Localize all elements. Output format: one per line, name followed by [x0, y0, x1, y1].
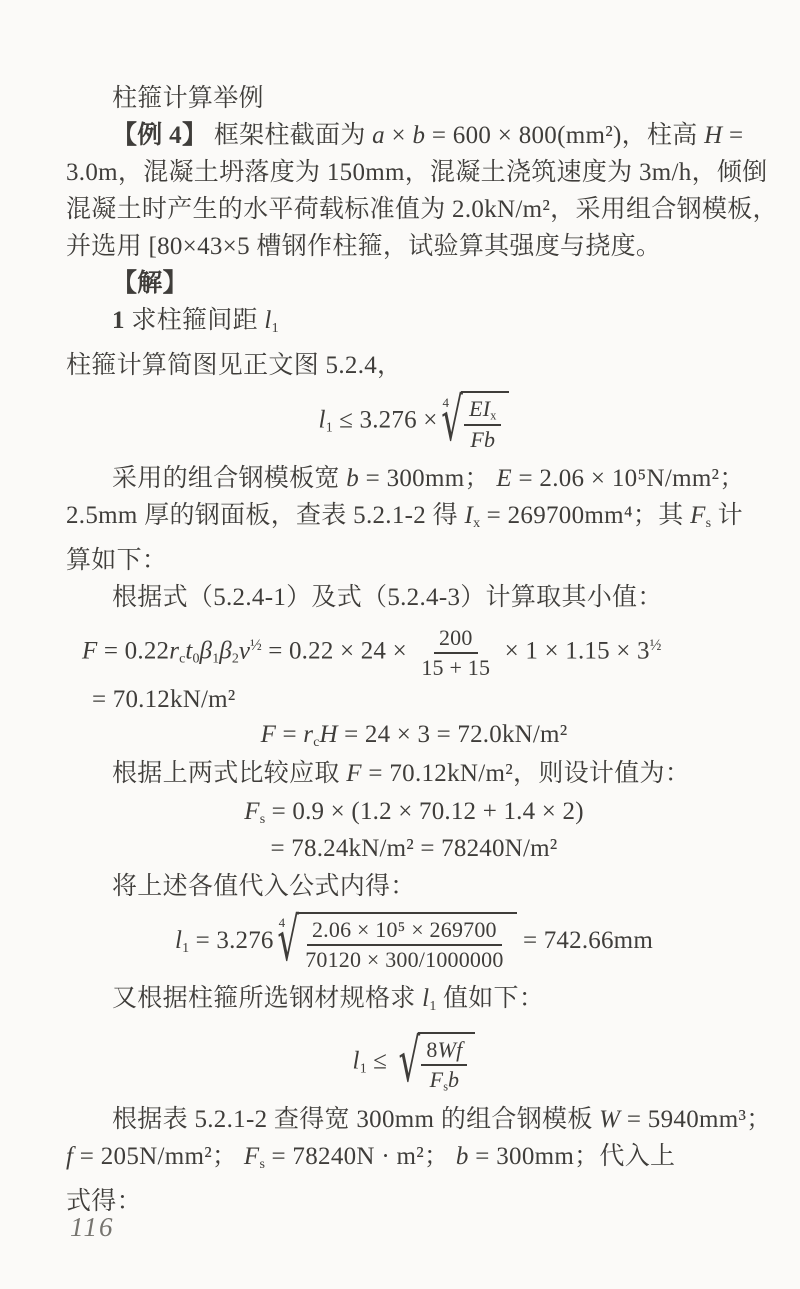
example-4-statement-line-3: 混凝土时产生的水平荷载标准值为 2.0kN/m²，采用组合钢模板，: [66, 191, 762, 228]
formula-F-rcH: F = rcH = 24 × 3 = 72.0kN/m²: [66, 719, 762, 751]
formula-Fs-design: Fs = 0.9 × (1.2 × 70.12 + 1.4 × 2): [66, 796, 762, 828]
formula-l1-strength-root: l1 ≤ √8WfFsb: [66, 1032, 762, 1094]
example-4-statement-line-4: 并选用 [80×43×5 槽钢作柱箍，试验算其强度与挠度。: [66, 228, 762, 265]
book-page: 柱箍计算举例 【例 4】 框架柱截面为 a × b = 600 × 800(mm…: [0, 0, 800, 1289]
parameters-line-3: 算如下：: [66, 542, 762, 579]
steel-spec-note: 又根据柱箍所选钢材规格求 l1 值如下：: [66, 980, 762, 1025]
radical-sign: 4√EIxFb: [443, 391, 510, 453]
table-lookup-line-3: 式得：: [66, 1183, 762, 1220]
formula-l1-limit-root: l1 ≤ 3.276 ×4√EIxFb: [66, 391, 762, 453]
step-1-heading: 1 求柱箍间距 l1: [66, 302, 762, 347]
formula-F-lateral-pressure: F = 0.22rct0β1β2v½ = 0.22 × 24 × 20015 +…: [82, 625, 762, 681]
radical-sign: √8WfFsb: [399, 1032, 476, 1094]
step-1-intro: 柱箍计算简图见正文图 5.2.4，: [66, 347, 762, 384]
parameters-line-2: 2.5mm 厚的钢面板，查表 5.2.1-2 得 Ix = 269700mm⁴；…: [66, 497, 762, 542]
page-number: 116: [70, 1212, 115, 1243]
formula-l1-computation: l1 = 3.2764√2.06 × 10⁵ × 26970070120 × 3…: [66, 912, 762, 973]
substitution-note: 将上述各值代入公式内得：: [66, 868, 762, 905]
solution-label: 【解】: [66, 265, 762, 302]
formula-Fs-result: = 78.24kN/m² = 78240N/m²: [66, 833, 762, 864]
section-heading: 柱箍计算举例: [66, 80, 762, 117]
formula-F-result: = 70.12kN/m²: [92, 684, 762, 715]
example-4-statement-line-1: 【例 4】 框架柱截面为 a × b = 600 × 800(mm²)，柱高 H…: [66, 117, 762, 154]
radical-sign: 4√2.06 × 10⁵ × 26970070120 × 300/1000000: [279, 912, 517, 973]
example-4-statement-line-2: 3.0m，混凝土坍落度为 150mm，混凝土浇筑速度为 3m/h，倾倒: [66, 154, 762, 191]
comparison-note: 根据上两式比较应取 F = 70.12kN/m²，则设计值为：: [66, 755, 762, 792]
table-lookup-line-2: f = 205N/mm²； Fs = 78240N · m²； b = 300m…: [66, 1138, 762, 1183]
reference-equations-note: 根据式（5.2.4-1）及式（5.2.4-3）计算取其小值：: [66, 579, 762, 616]
table-lookup-line-1: 根据表 5.2.1-2 查得宽 300mm 的组合钢模板 W = 5940mm³…: [66, 1101, 762, 1138]
parameters-line-1: 采用的组合钢模板宽 b = 300mm； E = 2.06 × 10⁵N/mm²…: [66, 460, 762, 497]
